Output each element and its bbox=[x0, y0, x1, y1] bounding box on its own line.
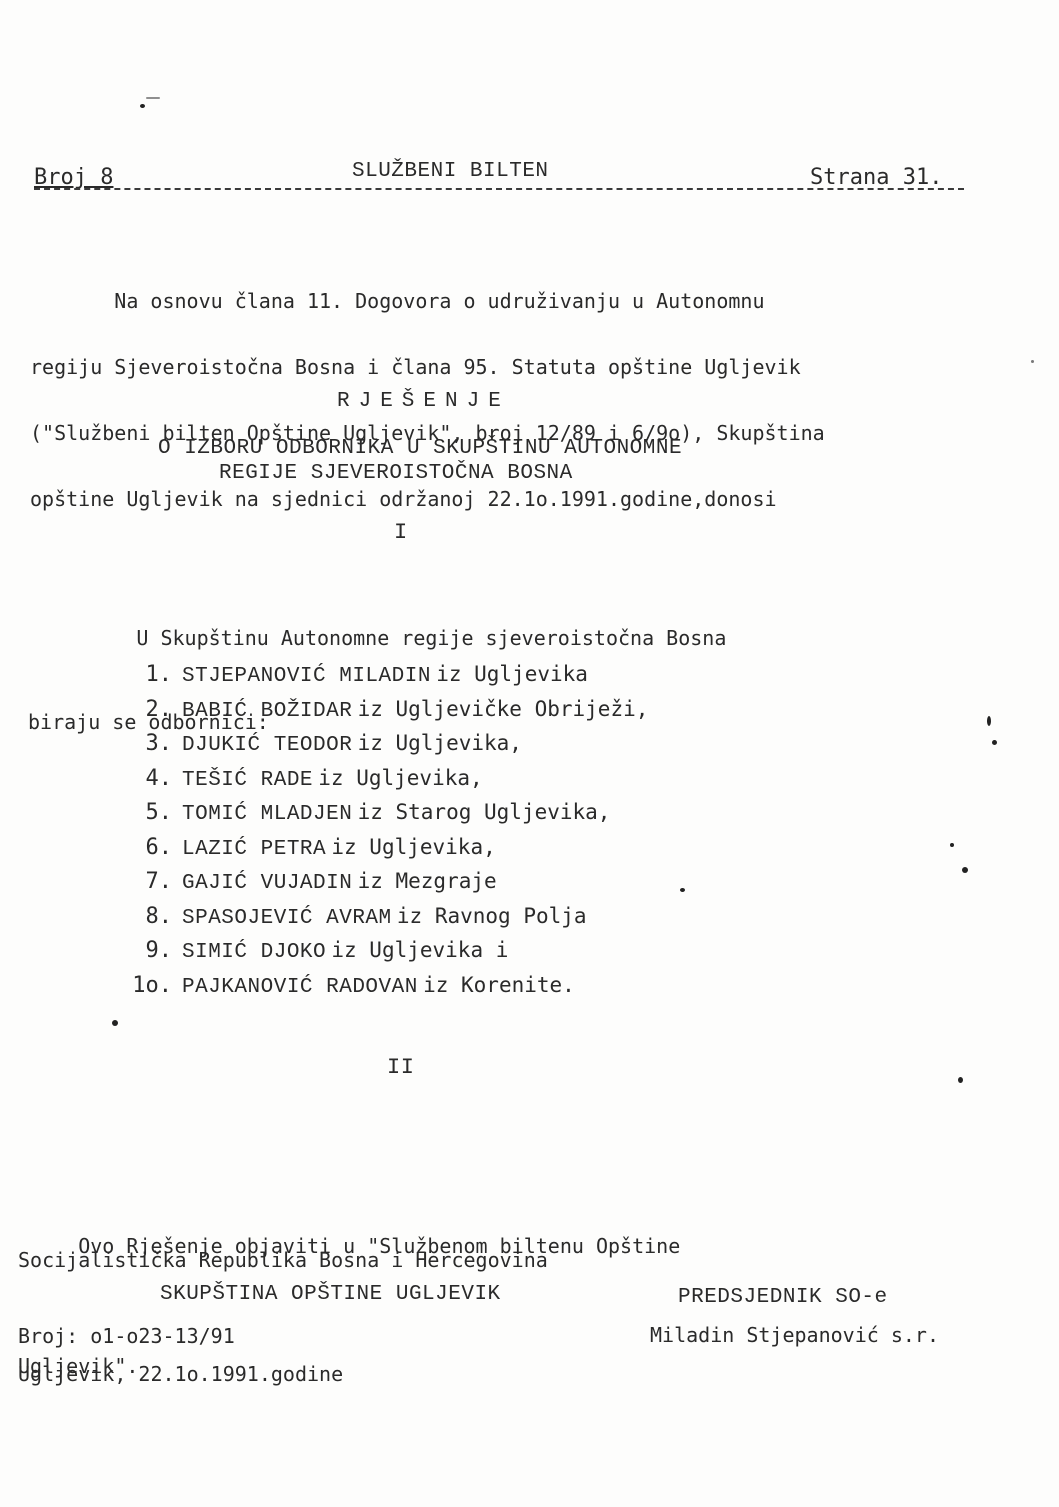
list-item: 5. TOMIĆ MLADJEN iz Starog Ugljevika, bbox=[130, 800, 648, 835]
member-origin: iz Ugljevika, bbox=[318, 766, 482, 790]
members-list: 1. STJEPANOVIĆ MILADIN iz Ugljevika 2. B… bbox=[130, 662, 648, 1007]
member-origin: iz Ugljevika, bbox=[358, 731, 522, 755]
scan-speck bbox=[962, 867, 968, 873]
signatory: Miladin Stjepanović s.r. bbox=[650, 1323, 939, 1347]
scan-speck bbox=[140, 104, 145, 108]
reference-number: Broj: o1-o23-13/91 bbox=[18, 1324, 235, 1348]
page-number: Strana 31. bbox=[810, 165, 942, 190]
place-date: Ugljevik, 22.1o.1991.godine bbox=[18, 1362, 343, 1386]
section-2-numeral: II bbox=[387, 1055, 414, 1080]
member-name: SPASOJEVIĆ AVRAM bbox=[182, 907, 392, 930]
list-item: 1. STJEPANOVIĆ MILADIN iz Ugljevika bbox=[130, 662, 648, 697]
member-number: 1. bbox=[130, 662, 172, 687]
list-item: 3. DJUKIĆ TEODOR iz Ugljevika, bbox=[130, 731, 648, 766]
list-item: 1o. PAJKANOVIĆ RADOVAN iz Korenite. bbox=[130, 973, 648, 1008]
section-2-text: Ovo Rješenje objaviti u "Službenom bilte… bbox=[18, 1146, 680, 1466]
member-name: BABIĆ BOŽIDAR bbox=[182, 700, 352, 723]
member-origin: iz Ugljevika i bbox=[331, 938, 508, 962]
member-name: GAJIĆ VUJADIN bbox=[182, 872, 352, 895]
scan-speck bbox=[950, 843, 954, 847]
republic-name: Socijalistička Republika Bosna i Hercego… bbox=[18, 1248, 548, 1272]
member-number: 2. bbox=[130, 697, 172, 722]
list-item: 6. LAZIĆ PETRA iz Ugljevika, bbox=[130, 835, 648, 870]
member-name: SIMIĆ DJOKO bbox=[182, 941, 326, 964]
scan-speck bbox=[680, 888, 685, 892]
member-origin: iz Mezgraje bbox=[358, 869, 497, 893]
member-name: LAZIĆ PETRA bbox=[182, 838, 326, 861]
decision-subtitle-line2: REGIJE SJEVEROISTOČNA BOSNA bbox=[219, 462, 573, 485]
list-item: 2. BABIĆ BOŽIDAR iz Ugljevičke Obriježi, bbox=[130, 697, 648, 732]
member-origin: iz Ugljevičke Obriježi, bbox=[358, 697, 649, 721]
scan-speck bbox=[958, 1077, 963, 1083]
member-origin: iz Korenite. bbox=[423, 973, 575, 997]
document-page: Broj 8 SLUŽBENI BILTEN Strana 31. Na osn… bbox=[0, 0, 1059, 1507]
scan-speck bbox=[146, 97, 160, 99]
member-number: 4. bbox=[130, 766, 172, 791]
decision-title: RJEŠENJE bbox=[337, 390, 510, 413]
member-origin: iz Ravnog Polja bbox=[397, 904, 587, 928]
scan-speck bbox=[112, 1020, 118, 1026]
member-number: 1o. bbox=[130, 973, 172, 998]
section-1-text-line: U Skupštinu Autonomne regije sjeveroisto… bbox=[28, 624, 726, 652]
member-origin: iz Ugljevika, bbox=[331, 835, 495, 859]
decision-subtitle-line1: O IZBORU ODBORNIKA U SKUPŠTINU AUTONOMNE bbox=[158, 437, 682, 460]
preamble-line: regiju Sjeveroistočna Bosna i člana 95. … bbox=[30, 356, 825, 378]
assembly-name: SKUPŠTINA OPŠTINE UGLJEVIK bbox=[160, 1283, 501, 1306]
member-name: PAJKANOVIĆ RADOVAN bbox=[182, 976, 418, 999]
header-rule bbox=[34, 188, 964, 190]
scan-speck bbox=[1031, 360, 1034, 363]
member-number: 9. bbox=[130, 938, 172, 963]
member-origin: iz Ugljevika bbox=[436, 662, 588, 686]
member-name: TOMIĆ MLADJEN bbox=[182, 803, 352, 826]
list-item: 8. SPASOJEVIĆ AVRAM iz Ravnog Polja bbox=[130, 904, 648, 939]
member-name: DJUKIĆ TEODOR bbox=[182, 734, 352, 757]
preamble-line: Na osnovu člana 11. Dogovora o udruživan… bbox=[30, 290, 825, 312]
preamble-line: opštine Ugljevik na sjednici održanoj 22… bbox=[30, 488, 825, 510]
president-title: PREDSJEDNIK SO-e bbox=[678, 1286, 888, 1309]
member-number: 5. bbox=[130, 800, 172, 825]
issue-number: Broj 8 bbox=[34, 165, 113, 190]
list-item: 7. GAJIĆ VUJADIN iz Mezgraje bbox=[130, 869, 648, 904]
list-item: 9. SIMIĆ DJOKO iz Ugljevika i bbox=[130, 938, 648, 973]
member-name: TEŠIĆ RADE bbox=[182, 769, 313, 792]
member-number: 7. bbox=[130, 869, 172, 894]
scan-speck bbox=[992, 740, 997, 745]
member-number: 8. bbox=[130, 904, 172, 929]
scan-speck bbox=[987, 716, 991, 726]
list-item: 4. TEŠIĆ RADE iz Ugljevika, bbox=[130, 766, 648, 801]
publication-title: SLUŽBENI BILTEN bbox=[352, 160, 549, 183]
member-name: STJEPANOVIĆ MILADIN bbox=[182, 665, 431, 688]
member-number: 3. bbox=[130, 731, 172, 756]
section-1-numeral: I bbox=[394, 520, 408, 545]
member-number: 6. bbox=[130, 835, 172, 860]
member-origin: iz Starog Ugljevika, bbox=[358, 800, 611, 824]
